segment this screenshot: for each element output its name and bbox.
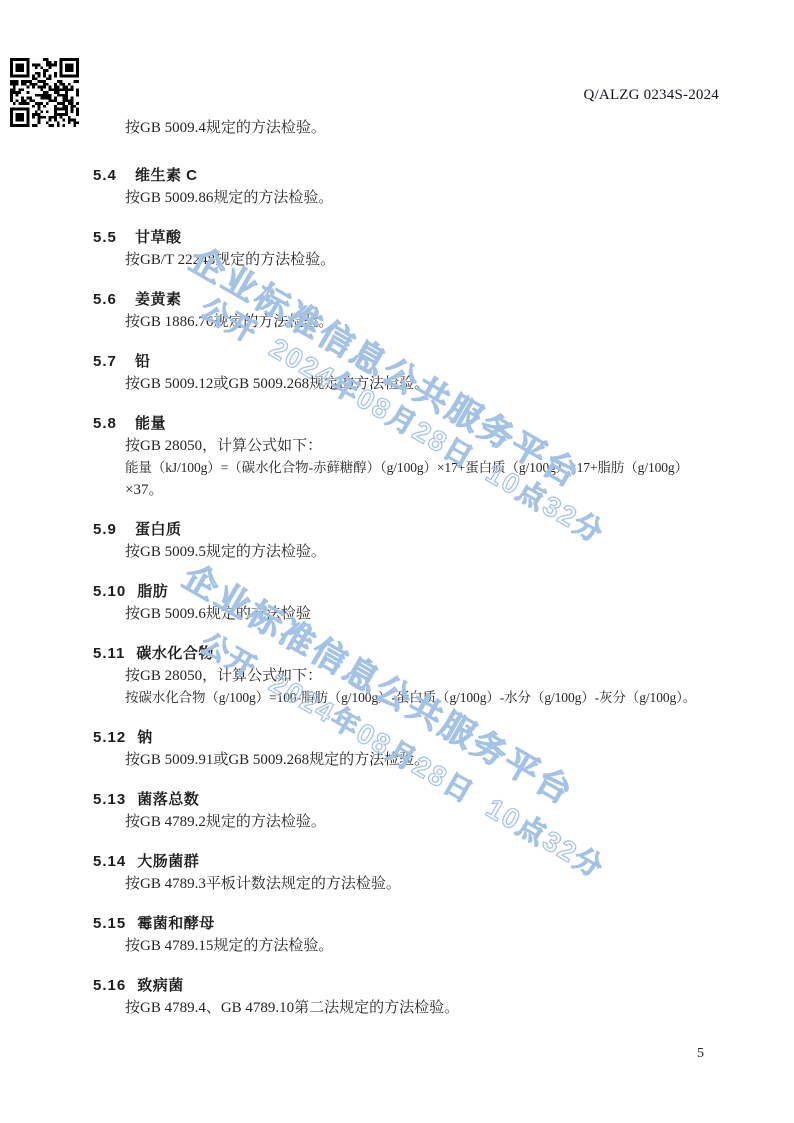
section-number: 5.12 [93,727,126,749]
document-body: 按GB 5009.4规定的方法检验。 5.4 维生素 C 按GB 5009.86… [93,117,738,1037]
section: 5.12 钠 按GB 5009.91或GB 5009.268规定的方法检验。 [93,727,738,771]
section: 5.10 脂肪 按GB 5009.6规定的方法检验 [93,581,738,625]
method-line: 按GB 28050，计算公式如下： [125,665,738,687]
section: 5.14 大肠菌群 按GB 4789.3平板计数法规定的方法检验。 [93,851,738,895]
method-line: 按GB 28050，计算公式如下： [125,435,738,457]
method-line: 按GB 4789.15规定的方法检验。 [125,935,738,957]
section-number: 5.11 [93,643,125,665]
method-line: 按GB/T 22248规定的方法检验。 [125,249,738,271]
section-title: 菌落总数 [137,789,199,811]
section-body: 按GB 5009.5规定的方法检验。 [93,541,738,563]
section-body: 按GB 28050，计算公式如下：按碳水化合物（g/100g）=100-脂肪（g… [93,665,738,709]
section-number: 5.14 [93,851,126,873]
section-body: 按GB 4789.15规定的方法检验。 [93,935,738,957]
section-title: 碳水化合物 [136,643,214,665]
section-title: 维生素 C [135,165,198,187]
doc-number: Q/ALZG 0234S-2024 [584,87,719,104]
method-line: 按GB 4789.3平板计数法规定的方法检验。 [125,873,738,895]
method-line: 按GB 4789.2规定的方法检验。 [125,811,738,833]
section-body: 按GB 4789.2规定的方法检验。 [93,811,738,833]
section-title: 甘草酸 [135,227,182,249]
method-line: 按GB 4789.4、GB 4789.10第二法规定的方法检验。 [125,997,738,1019]
method-line: 按GB 5009.5规定的方法检验。 [125,541,738,563]
method-line: 按GB 5009.6规定的方法检验 [125,603,738,625]
section-title: 铅 [135,351,151,373]
section-body: 按GB 5009.12或GB 5009.268规定的方法检验。 [93,373,738,395]
section-number: 5.13 [93,789,126,811]
section-number: 5.8 [93,413,124,435]
section-title: 钠 [137,727,153,749]
section-body: 按GB 4789.4、GB 4789.10第二法规定的方法检验。 [93,997,738,1019]
section: 5.16 致病菌 按GB 4789.4、GB 4789.10第二法规定的方法检验… [93,975,738,1019]
section-heading: 5.10 脂肪 [93,581,738,603]
section-number: 5.4 [93,165,124,187]
page-number: 5 [697,1046,704,1062]
section-number: 5.15 [93,913,126,935]
method-line: 按GB 5009.91或GB 5009.268规定的方法检验。 [125,749,738,771]
section-body: 按GB 5009.6规定的方法检验 [93,603,738,625]
section: 5.8 能量 按GB 28050，计算公式如下：能量（kJ/100g）=（碳水化… [93,413,738,501]
section: 5.5 甘草酸 按GB/T 22248规定的方法检验。 [93,227,738,271]
section: 5.6 姜黄素 按GB 1886.76规定的方法检验。 [93,289,738,333]
method-line: 按碳水化合物（g/100g）=100-脂肪（g/100g）-蛋白质（g/100g… [125,687,738,709]
section: 5.15 霉菌和酵母 按GB 4789.15规定的方法检验。 [93,913,738,957]
section-body: 按GB 28050，计算公式如下：能量（kJ/100g）=（碳水化合物-赤藓糖醇… [93,435,738,501]
section-heading: 5.7 铅 [93,351,738,373]
method-line: ×37。 [125,479,738,501]
section-number: 5.10 [93,581,126,603]
section-body: 按GB 1886.76规定的方法检验。 [93,311,738,333]
section: 5.11 碳水化合物 按GB 28050，计算公式如下：按碳水化合物（g/100… [93,643,738,709]
section-title: 霉菌和酵母 [137,913,215,935]
section-heading: 5.8 能量 [93,413,738,435]
section-heading: 5.9 蛋白质 [93,519,738,541]
section-title: 能量 [135,413,166,435]
section-heading: 5.13 菌落总数 [93,789,738,811]
section-number: 5.5 [93,227,124,249]
section-heading: 5.6 姜黄素 [93,289,738,311]
section: 5.9 蛋白质 按GB 5009.5规定的方法检验。 [93,519,738,563]
section-body: 按GB 5009.86规定的方法检验。 [93,187,738,209]
section-title: 脂肪 [137,581,168,603]
section: 5.7 铅 按GB 5009.12或GB 5009.268规定的方法检验。 [93,351,738,395]
method-line: 按GB 5009.4规定的方法检验。 [125,117,738,139]
section: 5.13 菌落总数 按GB 4789.2规定的方法检验。 [93,789,738,833]
section-number: 5.9 [93,519,124,541]
method-line: 按GB 5009.12或GB 5009.268规定的方法检验。 [125,373,738,395]
qr-code-icon [10,58,79,127]
section-body: 按GB 5009.91或GB 5009.268规定的方法检验。 [93,749,738,771]
section-heading: 5.11 碳水化合物 [93,643,738,665]
method-line: 按GB 5009.86规定的方法检验。 [125,187,738,209]
sections: 5.4 维生素 C 按GB 5009.86规定的方法检验。 5.5 甘草酸 按G… [93,165,738,1019]
section-number: 5.16 [93,975,126,997]
section-heading: 5.12 钠 [93,727,738,749]
section: 5.4 维生素 C 按GB 5009.86规定的方法检验。 [93,165,738,209]
section-title: 蛋白质 [135,519,182,541]
method-line: 按GB 1886.76规定的方法检验。 [125,311,738,333]
section-body: 按GB 4789.3平板计数法规定的方法检验。 [93,873,738,895]
section-heading: 5.16 致病菌 [93,975,738,997]
section-heading: 5.15 霉菌和酵母 [93,913,738,935]
section-heading: 5.5 甘草酸 [93,227,738,249]
section-title: 姜黄素 [135,289,182,311]
section-number: 5.7 [93,351,124,373]
section-number: 5.6 [93,289,124,311]
document-page: Q/ALZG 0234S-2024 按GB 5009.4规定的方法检验。 5.4… [0,0,794,1123]
section-heading: 5.4 维生素 C [93,165,738,187]
section-heading: 5.14 大肠菌群 [93,851,738,873]
section-body: 按GB/T 22248规定的方法检验。 [93,249,738,271]
method-line: 能量（kJ/100g）=（碳水化合物-赤藓糖醇）（g/100g）×17+蛋白质（… [125,457,738,479]
section-title: 大肠菌群 [137,851,199,873]
section-title: 致病菌 [137,975,184,997]
